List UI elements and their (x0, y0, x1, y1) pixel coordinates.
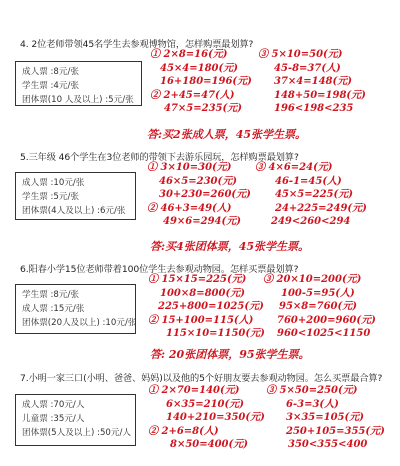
price-line: 学生票 :4元/张 (22, 79, 135, 93)
work-line: ① 2×70=140(元) (148, 384, 265, 398)
price-line: 儿童票 :35元/人 (22, 412, 129, 426)
problem-5-work-right: ③ 4×6=24(元) 46-1=45(人) 45×5=225(元) 24+22… (255, 161, 367, 229)
problem-6-work-left: ① 15×15=225(元) 100×8=800(元) 225+800=1025… (148, 273, 265, 341)
price-line: 成人票 :70元/人 (22, 398, 129, 412)
price-line: 团体票(4人及以上) :6元/张 (22, 204, 129, 218)
work-line: 95×8=760(元) (263, 300, 376, 314)
work-line: 45-8=37(人) (258, 62, 366, 76)
problem-7-work-left: ① 2×70=140(元) 6×35=210(元) 140+210=350(元)… (148, 384, 265, 452)
price-line: 成人票 :10元/张 (22, 176, 129, 190)
problem-7-work-right: ③ 5×50=250(元) 6-3=3(人) 3×35=105(元) 250+1… (266, 384, 385, 452)
price-line: 学生票 :8元/张 (22, 288, 129, 302)
work-line: ③ 20×10=200(元) (263, 273, 376, 287)
problem-5-answer: 答:买4张团体票，45张学生票。 (150, 238, 309, 254)
work-line: 47×5=235(元) (150, 102, 252, 116)
work-line: 37×4=148(元) (258, 75, 366, 89)
work-line: 8×50=400(元) (148, 438, 265, 452)
problem-7-price-box: 成人票 :70元/人 儿童票 :35元/人 团体票(5人及以上) :50元/人 (15, 394, 136, 446)
work-line: 140+210=350(元) (148, 411, 265, 425)
work-line: 24+225=249(元) (255, 202, 367, 216)
price-line: 学生票 :5元/张 (22, 190, 129, 204)
work-line: 100-5=95(人) (263, 287, 376, 301)
problem-4-work-right: ③ 5×10=50(元) 45-8=37(人) 37×4=148(元) 148+… (258, 48, 366, 116)
work-line: ② 46+3=49(人) (147, 202, 251, 216)
work-line: 225+800=1025(元) (148, 300, 265, 314)
work-line: 49×6=294(元) (147, 215, 251, 229)
price-line: 成人票 :8元/张 (22, 65, 135, 79)
price-line: 团体票(20人及以上) :10元/张 (22, 316, 129, 330)
work-line: ③ 5×10=50(元) (258, 48, 366, 62)
work-line: ① 15×15=225(元) (148, 273, 265, 287)
work-line: 45×5=225(元) (255, 188, 367, 202)
problem-4-work-left: ① 2×8=16(元) 45×4=180(元) 16+180=196(元) ② … (150, 48, 252, 116)
work-line: 250+105=355(元) (266, 425, 385, 439)
work-line: 46-1=45(人) (255, 175, 367, 189)
problem-5-price-box: 成人票 :10元/张 学生票 :5元/张 团体票(4人及以上) :6元/张 (15, 172, 136, 220)
work-line: 115×10=1150(元) (148, 327, 265, 341)
price-line: 团体票(10 人及以上) :5元/张 (22, 93, 135, 107)
work-line: ③ 5×50=250(元) (266, 384, 385, 398)
problem-6-answer: 答: 20张团体票，95张学生票。 (150, 346, 310, 362)
work-line: 196<198<235 (258, 102, 366, 116)
work-line: 148+50=198(元) (258, 89, 366, 103)
problem-4-answer: 答:买2张成人票，45张学生票。 (147, 126, 306, 142)
work-line: 46×5=230(元) (147, 175, 251, 189)
work-line: 960<1025<1150 (263, 327, 376, 341)
work-line: ① 3×10=30(元) (147, 161, 251, 175)
work-line: ② 2+6=8(人) (148, 425, 265, 439)
work-line: ① 2×8=16(元) (150, 48, 252, 62)
work-line: 3×35=105(元) (266, 411, 385, 425)
work-line: ③ 4×6=24(元) (255, 161, 367, 175)
work-line: 6-3=3(人) (266, 398, 385, 412)
work-line: ② 15+100=115(人) (148, 314, 265, 328)
work-line: 16+180=196(元) (150, 75, 252, 89)
work-line: ② 2+45=47(人) (150, 89, 252, 103)
problem-7-question: 7.小明一家三口(小明、爸爸、妈妈)以及他的5个好朋友要去参观动物园。怎么买票最… (20, 370, 382, 384)
problem-5-work-left: ① 3×10=30(元) 46×5=230(元) 30+230=260(元) ②… (147, 161, 251, 229)
work-line: 249<260<294 (255, 215, 367, 229)
work-line: 6×35=210(元) (148, 398, 265, 412)
problem-4-price-box: 成人票 :8元/张 学生票 :4元/张 团体票(10 人及以上) :5元/张 (15, 61, 142, 106)
price-line: 成人票 :15元/张 (22, 302, 129, 316)
work-line: 100×8=800(元) (148, 287, 265, 301)
work-line: 45×4=180(元) (150, 62, 252, 76)
work-line: 760+200=960(元) (263, 314, 376, 328)
problem-6-work-right: ③ 20×10=200(元) 100-5=95(人) 95×8=760(元) 7… (263, 273, 376, 341)
price-line: 团体票(5人及以上) :50元/人 (22, 426, 129, 440)
problem-6-price-box: 学生票 :8元/张 成人票 :15元/张 团体票(20人及以上) :10元/张 (15, 284, 136, 334)
work-line: 350<355<400 (266, 438, 385, 452)
work-line: 30+230=260(元) (147, 188, 251, 202)
